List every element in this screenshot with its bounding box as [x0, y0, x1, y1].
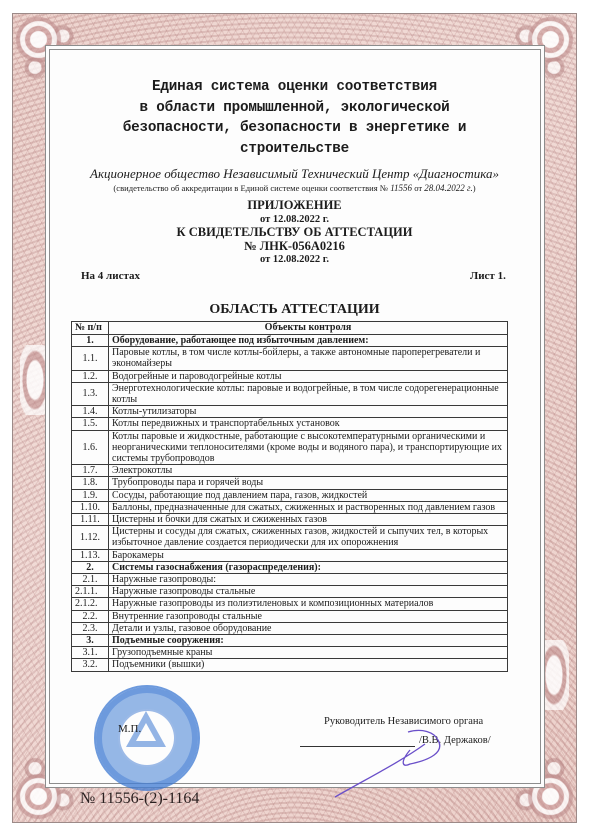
row-number: 2.1.2. — [72, 598, 109, 610]
row-object: Электрокотлы — [109, 465, 508, 477]
side-ornament-icon — [20, 345, 50, 415]
row-number: 1.2. — [72, 370, 109, 382]
table-row: 1.8.Трубопроводы пара и горячей воды — [72, 477, 508, 489]
accreditation-note: (свидетельство об аккредитации в Единой … — [0, 183, 589, 193]
certificate-label: К СВИДЕТЕЛЬСТВУ ОБ АТТЕСТАЦИИ — [0, 226, 589, 240]
scope-title: ОБЛАСТЬ АТТЕСТАЦИИ — [0, 302, 589, 318]
row-object: Подъемники (вышки) — [109, 659, 508, 671]
stamp-label: М.П. — [118, 723, 141, 735]
table-row: 3.1.Грузоподъемные краны — [72, 647, 508, 659]
certificate-number: № ЛНК-056А0216 — [0, 240, 589, 254]
row-number: 3.1. — [72, 647, 109, 659]
table-row: 2.1.2.Наружные газопроводы из полиэтилен… — [72, 598, 508, 610]
row-object: Наружные газопроводы стальные — [109, 586, 508, 598]
row-object: Внутренние газопроводы стальные — [109, 610, 508, 622]
row-number: 1.3. — [72, 382, 109, 405]
table-header-row: № п/п Объекты контроля — [72, 322, 508, 335]
row-object: Барокамеры — [109, 549, 508, 561]
appendix-title: ПРИЛОЖЕНИЕ — [0, 199, 589, 213]
table-row: 1.10.Баллоны, предназначенные для сжатых… — [72, 501, 508, 513]
table-row: 1.13.Барокамеры — [72, 549, 508, 561]
accreditation-number: 11556 — [390, 183, 412, 193]
table-row: 1.7.Электрокотлы — [72, 465, 508, 477]
table-row: 2.1.Наружные газопроводы: — [72, 574, 508, 586]
table-row: 3.Подъемные сооружения: — [72, 635, 508, 647]
row-object: Водогрейные и пароводогрейные котлы — [109, 370, 508, 382]
table-row: 1.12.Цистерны и сосуды для сжатых, сжиже… — [72, 526, 508, 549]
table-row: 1.5.Котлы передвижных и транспортабельны… — [72, 418, 508, 430]
side-ornament-icon — [539, 640, 569, 710]
row-object: Котлы передвижных и транспортабельных ус… — [109, 418, 508, 430]
sheet-count: На 4 листах — [81, 270, 140, 282]
row-number: 2.1.1. — [72, 586, 109, 598]
row-object: Наружные газопроводы: — [109, 574, 508, 586]
table-row: 2.1.1.Наружные газопроводы стальные — [72, 586, 508, 598]
column-header-number: № п/п — [72, 322, 109, 335]
row-object: Паровые котлы, в том числе котлы-бойлеры… — [109, 347, 508, 370]
sheet-number: Лист 1. — [470, 270, 506, 282]
row-number: 1.7. — [72, 465, 109, 477]
row-object: Оборудование, работающее под избыточным … — [109, 335, 508, 347]
form-number: № 11556-(2)-1164 — [80, 790, 199, 808]
table-row: 1.1.Паровые котлы, в том числе котлы-бой… — [72, 347, 508, 370]
row-number: 1. — [72, 335, 109, 347]
row-object: Системы газоснабжения (газораспределения… — [109, 561, 508, 573]
table-row: 1.3.Энерготехнологические котлы: паровые… — [72, 382, 508, 405]
table-row: 2.Системы газоснабжения (газораспределен… — [72, 561, 508, 573]
row-object: Энерготехнологические котлы: паровые и в… — [109, 382, 508, 405]
row-object: Трубопроводы пара и горячей воды — [109, 477, 508, 489]
table-row: 1.9.Сосуды, работающие под давлением пар… — [72, 489, 508, 501]
title-line: строительстве — [0, 139, 589, 160]
row-object: Наружные газопроводы из полиэтиленовых и… — [109, 598, 508, 610]
row-number: 1.6. — [72, 430, 109, 465]
table-row: 1.Оборудование, работающее под избыточны… — [72, 335, 508, 347]
table-row: 3.2.Подъемники (вышки) — [72, 659, 508, 671]
scope-table: № п/п Объекты контроля 1.Оборудование, р… — [71, 321, 508, 672]
company-stamp — [94, 685, 200, 791]
row-number: 2. — [72, 561, 109, 573]
table-row: 1.11.Цистерны и бочки для сжатых и сжиже… — [72, 514, 508, 526]
title-line: безопасности, безопасности в энергетике … — [0, 118, 589, 139]
table-row: 2.3.Детали и узлы, газовое оборудование — [72, 622, 508, 634]
row-object: Сосуды, работающие под давлением пара, г… — [109, 489, 508, 501]
title-line: Единая система оценки соответствия — [0, 77, 589, 98]
row-number: 2.2. — [72, 610, 109, 622]
table-row: 1.6.Котлы паровые и жидкостные, работающ… — [72, 430, 508, 465]
table-row: 2.2.Внутренние газопроводы стальные — [72, 610, 508, 622]
row-object: Цистерны и сосуды для сжатых, сжиженных … — [109, 526, 508, 549]
organization-name: Акционерное общество Независимый Техниче… — [0, 166, 589, 182]
row-number: 2.1. — [72, 574, 109, 586]
row-object: Подъемные сооружения: — [109, 635, 508, 647]
row-number: 1.12. — [72, 526, 109, 549]
handwritten-signature-icon — [330, 722, 530, 802]
row-number: 1.11. — [72, 514, 109, 526]
row-number: 1.10. — [72, 501, 109, 513]
appendix-header: ПРИЛОЖЕНИЕ от 12.08.2022 г. К СВИДЕТЕЛЬС… — [0, 199, 589, 267]
title-line: в области промышленной, экологической — [0, 98, 589, 119]
row-number: 1.13. — [72, 549, 109, 561]
row-number: 1.1. — [72, 347, 109, 370]
row-number: 1.5. — [72, 418, 109, 430]
appendix-date: от 12.08.2022 г. — [0, 213, 589, 227]
row-object: Цистерны и бочки для сжатых и сжиженных … — [109, 514, 508, 526]
table-row: 1.2.Водогрейные и пароводогрейные котлы — [72, 370, 508, 382]
row-number: 3. — [72, 635, 109, 647]
system-title: Единая система оценки соответствия в обл… — [0, 77, 589, 159]
row-number: 3.2. — [72, 659, 109, 671]
row-object: Котлы паровые и жидкостные, работающие с… — [109, 430, 508, 465]
row-object: Котлы-утилизаторы — [109, 406, 508, 418]
table-row: 1.4.Котлы-утилизаторы — [72, 406, 508, 418]
row-number: 1.8. — [72, 477, 109, 489]
row-number: 1.9. — [72, 489, 109, 501]
row-object: Грузоподъемные краны — [109, 647, 508, 659]
certificate-date: от 12.08.2022 г. — [0, 253, 589, 267]
row-number: 1.4. — [72, 406, 109, 418]
column-header-objects: Объекты контроля — [109, 322, 508, 335]
row-object: Баллоны, предназначенные для сжатых, сжи… — [109, 501, 508, 513]
accreditation-date: 28.04.2022 г. — [424, 183, 472, 193]
row-number: 2.3. — [72, 622, 109, 634]
row-object: Детали и узлы, газовое оборудование — [109, 622, 508, 634]
